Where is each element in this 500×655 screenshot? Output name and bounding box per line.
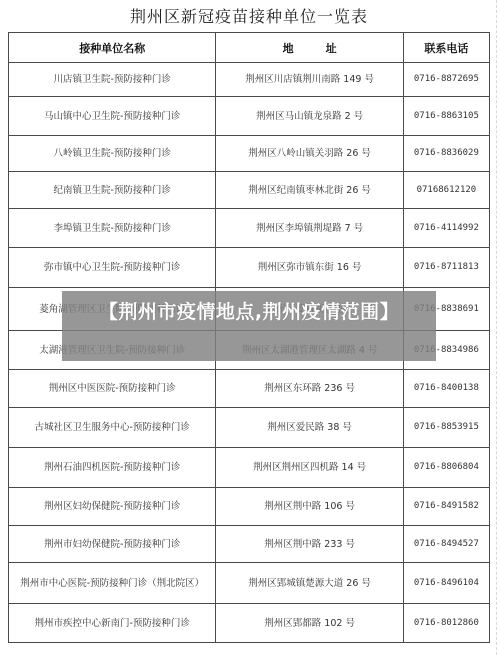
site-phone: 0716-8836029 [403, 136, 489, 172]
site-name: 川店镇卫生院-预防接种门诊 [9, 63, 216, 97]
site-address: 荆州区李埠镇荆堤路 7 号 [216, 209, 403, 248]
site-address: 荆州区马山镇龙泉路 2 号 [216, 97, 403, 136]
caption-overlay-banner: 【荆州市疫情地点,荆州疫情范围】 [62, 291, 436, 361]
site-phone: 0716-8853915 [403, 408, 489, 448]
site-address: 荆州区川店镇荆川南路 149 号 [216, 63, 403, 97]
site-address: 荆州区郢都路 102 号 [216, 604, 403, 643]
site-name: 马山镇中心卫生院-预防接种门诊 [9, 97, 216, 136]
table-header-row: 接种单位名称 地址 联系电话 [9, 33, 490, 63]
site-name: 八岭镇卫生院-预防接种门诊 [9, 136, 216, 172]
table-row: 川店镇卫生院-预防接种门诊 荆州区川店镇荆川南路 149 号 0716-8872… [9, 63, 490, 97]
site-phone: 0716-8496104 [403, 563, 489, 604]
document-title: 荆州区新冠疫苗接种单位一览表 [8, 4, 490, 30]
site-address: 荆州区东环路 236 号 [216, 370, 403, 408]
site-phone: 0716-8491582 [403, 488, 489, 526]
address-header-part: 地 [283, 40, 294, 56]
column-header-phone: 联系电话 [403, 33, 489, 63]
table-row: 荆州市中心医院-预防接种门诊（荆北院区） 荆州区郢城镇楚源大道 26 号 071… [9, 563, 490, 604]
site-address: 荆州区荆中路 233 号 [216, 526, 403, 563]
table-row: 荆州区中医医院-预防接种门诊 荆州区东环路 236 号 0716-8400138 [9, 370, 490, 408]
site-name: 荆州市中心医院-预防接种门诊（荆北院区） [9, 563, 216, 604]
site-name: 弥市镇中心卫生院-预防接种门诊 [9, 248, 216, 288]
site-name: 荆州区中医医院-预防接种门诊 [9, 370, 216, 408]
site-address: 荆州区八岭山镇关羽路 26 号 [216, 136, 403, 172]
site-phone: 0716-8012860 [403, 604, 489, 643]
site-address: 荆州区弥市镇东街 16 号 [216, 248, 403, 288]
site-address: 荆州区纪南镇枣林北街 26 号 [216, 172, 403, 209]
site-phone: 0716-8863105 [403, 97, 489, 136]
site-address: 荆州区爱民路 38 号 [216, 408, 403, 448]
table-row: 荆州石油四机医院-预防接种门诊 荆州区荆州区四机路 14 号 0716-8806… [9, 448, 490, 488]
site-address: 荆州区荆中路 106 号 [216, 488, 403, 526]
table-row: 古城社区卫生服务中心-预防接种门诊 荆州区爱民路 38 号 0716-88539… [9, 408, 490, 448]
table-row: 弥市镇中心卫生院-预防接种门诊 荆州区弥市镇东街 16 号 0716-87118… [9, 248, 490, 288]
table-row: 八岭镇卫生院-预防接种门诊 荆州区八岭山镇关羽路 26 号 0716-88360… [9, 136, 490, 172]
address-header-part: 址 [326, 40, 337, 56]
site-phone: 0716-8711813 [403, 248, 489, 288]
column-header-name: 接种单位名称 [9, 33, 216, 63]
table-row: 纪南镇卫生院-预防接种门诊 荆州区纪南镇枣林北街 26 号 0716861212… [9, 172, 490, 209]
site-phone: 0716-8872695 [403, 63, 489, 97]
site-name: 荆州市妇幼保健院-预防接种门诊 [9, 526, 216, 563]
table-row: 荆州区妇幼保健院-预防接种门诊 荆州区荆中路 106 号 0716-849158… [9, 488, 490, 526]
site-name: 荆州区妇幼保健院-预防接种门诊 [9, 488, 216, 526]
page-edge-guide [496, 0, 497, 655]
table-row: 李埠镇卫生院-预防接种门诊 荆州区李埠镇荆堤路 7 号 0716-4114992 [9, 209, 490, 248]
table-row: 荆州市妇幼保健院-预防接种门诊 荆州区荆中路 233 号 0716-849452… [9, 526, 490, 563]
site-phone: 0716-4114992 [403, 209, 489, 248]
site-name: 古城社区卫生服务中心-预防接种门诊 [9, 408, 216, 448]
site-name: 荆州市疾控中心新南门-预防接种门诊 [9, 604, 216, 643]
site-name: 荆州石油四机医院-预防接种门诊 [9, 448, 216, 488]
site-address: 荆州区郢城镇楚源大道 26 号 [216, 563, 403, 604]
site-phone: 07168612120 [403, 172, 489, 209]
table-row: 马山镇中心卫生院-预防接种门诊 荆州区马山镇龙泉路 2 号 0716-88631… [9, 97, 490, 136]
site-name: 李埠镇卫生院-预防接种门诊 [9, 209, 216, 248]
site-phone: 0716-8400138 [403, 370, 489, 408]
site-address: 荆州区荆州区四机路 14 号 [216, 448, 403, 488]
site-phone: 0716-8494527 [403, 526, 489, 563]
site-phone: 0716-8806804 [403, 448, 489, 488]
column-header-address: 地址 [216, 33, 403, 63]
site-name: 纪南镇卫生院-预防接种门诊 [9, 172, 216, 209]
table-row: 荆州市疾控中心新南门-预防接种门诊 荆州区郢都路 102 号 0716-8012… [9, 604, 490, 643]
